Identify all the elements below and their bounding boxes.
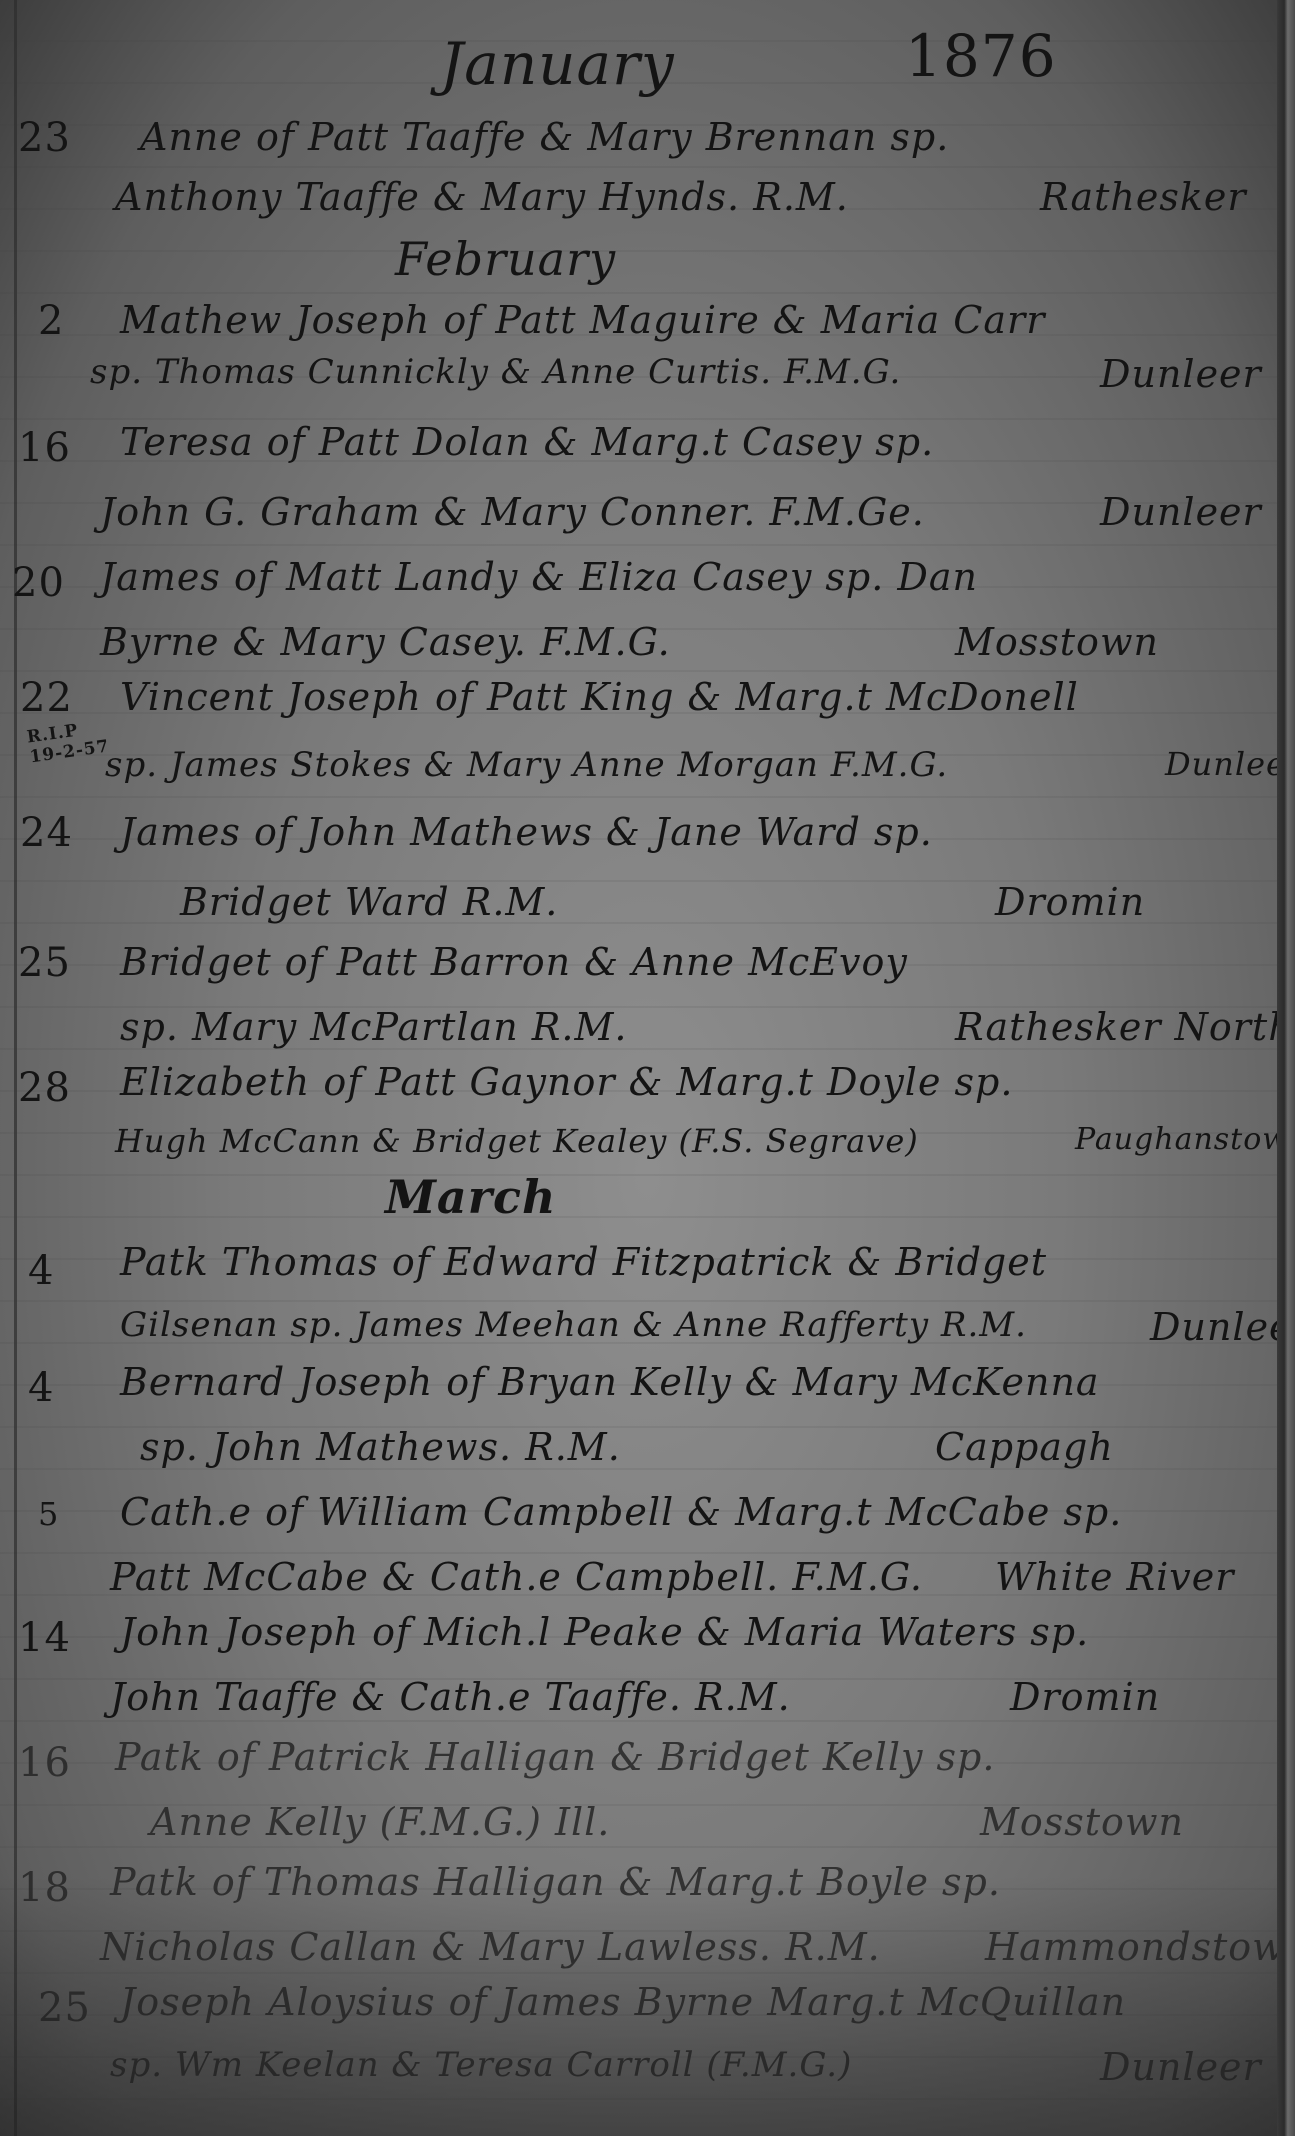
entry-place: Rathesker: [1040, 175, 1247, 219]
entry-day: 4: [28, 1365, 54, 1411]
entry-line1: Elizabeth of Patt Gaynor & Marg.t Doyle …: [120, 1060, 1013, 1104]
entry-place: White River: [995, 1555, 1234, 1599]
entry-day: 24: [20, 810, 73, 856]
entry-line1: Teresa of Patt Dolan & Marg.t Casey sp.: [120, 420, 934, 464]
entry-line2: John G. Graham & Mary Conner. F.M.Ge.: [100, 490, 925, 534]
entry-day: 25: [18, 940, 71, 986]
entry-line2: Patt McCabe & Cath.e Campbell. F.M.G.: [110, 1555, 923, 1599]
entry-place: Mosstown: [955, 620, 1159, 664]
header-year: 1876: [905, 22, 1057, 90]
entry-place: Dunleer: [1100, 352, 1262, 396]
entry-place: Dunleer: [1150, 1305, 1295, 1349]
entry-line2: Anthony Taaffe & Mary Hynds. R.M.: [115, 175, 849, 219]
entry-place: Rathesker North: [955, 1005, 1294, 1049]
entry-day: 22: [20, 675, 73, 721]
page-shadow: [0, 1876, 1295, 2136]
entry-place: Dromin: [995, 880, 1145, 924]
entry-day: 5: [38, 1495, 59, 1533]
entry-place: Cappagh: [935, 1425, 1114, 1469]
entry-line2: Hugh McCann & Bridget Kealey (F.S. Segra…: [115, 1122, 919, 1160]
entry-place: Dromin: [1010, 1675, 1160, 1719]
margin-note-rip: R.I.P 19-2-57: [26, 717, 111, 768]
entry-line1: Patk Thomas of Edward Fitzpatrick & Brid…: [120, 1240, 1047, 1284]
entry-line2: Anne Kelly (F.M.G.) Ill.: [150, 1800, 610, 1844]
entry-line1: James of Matt Landy & Eliza Casey sp. Da…: [100, 555, 978, 599]
entry-line1: Patk of Patrick Halligan & Bridget Kelly…: [115, 1735, 995, 1779]
entry-line2: Bridget Ward R.M.: [180, 880, 558, 924]
register-page: January 1876 23 Anne of Patt Taaffe & Ma…: [0, 0, 1295, 2136]
entry-line2: Byrne & Mary Casey. F.M.G.: [100, 620, 671, 664]
entry-line2: sp. John Mathews. R.M.: [140, 1425, 621, 1469]
entry-day: 2: [38, 298, 64, 344]
entry-line2: sp. Thomas Cunnickly & Anne Curtis. F.M.…: [90, 352, 901, 392]
entry-line2: John Taaffe & Cath.e Taaffe. R.M.: [110, 1675, 791, 1719]
entry-line1: Bernard Joseph of Bryan Kelly & Mary McK…: [120, 1360, 1100, 1404]
header-month: January: [440, 30, 675, 98]
entry-day: 28: [18, 1065, 71, 1111]
entry-line1: Anne of Patt Taaffe & Mary Brennan sp.: [140, 115, 949, 159]
entry-place: Mosstown: [980, 1800, 1184, 1844]
entry-day: 23: [18, 115, 71, 161]
entry-line1: Vincent Joseph of Patt King & Marg.t McD…: [120, 675, 1079, 719]
entry-line1: John Joseph of Mich.l Peake & Maria Wate…: [120, 1610, 1089, 1654]
entry-day: 4: [28, 1248, 54, 1294]
entry-place: Paughanstown: [1075, 1122, 1295, 1157]
margin-rule: [14, 0, 17, 2136]
entry-day: 16: [18, 425, 71, 471]
entry-place: Dunleer: [1165, 745, 1295, 783]
entry-place: Dunleer: [1100, 490, 1262, 534]
entry-line1: Mathew Joseph of Patt Maguire & Maria Ca…: [120, 298, 1045, 342]
entry-line2: sp. Mary McPartlan R.M.: [120, 1005, 627, 1049]
entry-line1: James of John Mathews & Jane Ward sp.: [120, 810, 933, 854]
entry-day: 14: [18, 1615, 71, 1661]
entry-line1: Cath.e of William Campbell & Marg.t McCa…: [120, 1490, 1122, 1534]
entry-line2: Gilsenan sp. James Meehan & Anne Raffert…: [120, 1305, 1027, 1345]
month-heading-march: March: [385, 1170, 556, 1224]
entry-day: 20: [12, 560, 65, 606]
entry-day: 16: [18, 1740, 71, 1786]
month-heading-february: February: [395, 232, 616, 286]
page-binding-edge: [1277, 0, 1295, 2136]
entry-line2: sp. James Stokes & Mary Anne Morgan F.M.…: [105, 745, 948, 785]
entry-line1: Bridget of Patt Barron & Anne McEvoy: [120, 940, 908, 984]
